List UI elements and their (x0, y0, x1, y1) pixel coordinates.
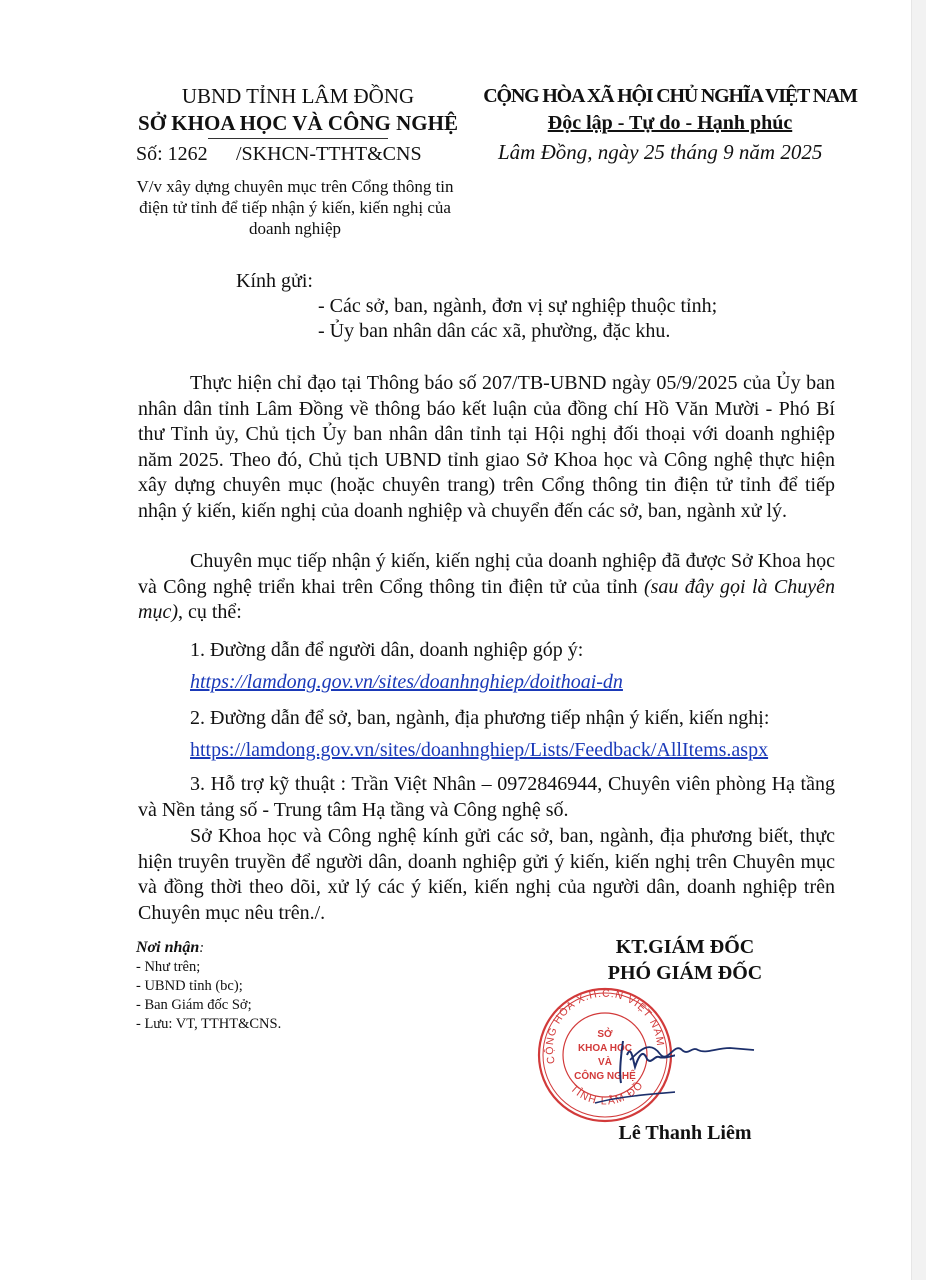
list-item-3: 3. Hỗ trợ kỹ thuật : Trần Việt Nhân – 09… (138, 772, 835, 823)
link-feedback-form[interactable]: https://lamdong.gov.vn/sites/doanhnghiep… (190, 670, 623, 696)
body-paragraph-final: Sở Khoa học và Công nghệ kính gửi các sở… (138, 824, 835, 926)
document-number-code: /SKHCN-TTHT&CNS (236, 143, 422, 165)
place-date: Lâm Đồng, ngày 25 tháng 9 năm 2025 (498, 140, 822, 165)
issuer-authority: UBND TỈNH LÂM ĐỒNG (118, 82, 478, 110)
issuer-block: UBND TỈNH LÂM ĐỒNG SỞ KHOA HỌC VÀ CÔNG N… (118, 82, 478, 139)
recipients-list: Nơi nhận: - Như trên; - UBND tỉnh (bc); … (136, 938, 281, 1034)
signature-block: KT.GIÁM ĐỐC PHÓ GIÁM ĐỐC (570, 934, 800, 986)
body-paragraph-1: Thực hiện chỉ đạo tại Thông báo số 207/T… (138, 371, 835, 524)
recipient-item: - Ủy ban nhân dân các xã, phường, đặc kh… (318, 320, 670, 343)
national-header: CỘNG HÒA XÃ HỘI CHỦ NGHĨA VIỆT NAM Độc l… (480, 82, 860, 136)
national-motto: Độc lập - Tự do - Hạnh phúc (480, 110, 860, 136)
document-number: Số: 1262/SKHCN-TTHT&CNS (136, 143, 422, 166)
recipients-list-item: - Ban Giám đốc Sở; (136, 996, 281, 1015)
signer-title-2: PHÓ GIÁM ĐỐC (570, 960, 800, 986)
recipients-list-item: - Lưu: VT, TTHT&CNS. (136, 1015, 281, 1034)
signature-scribble-icon (620, 1020, 760, 1080)
recipients-list-item: - Như trên; (136, 958, 281, 977)
recipient-item: - Các sở, ban, ngành, đơn vị sự nghiệp t… (318, 295, 717, 318)
recipients-list-title: Nơi nhận (136, 939, 199, 956)
issuer-department: SỞ KHOA HỌC VÀ CÔNG NGHỆ (118, 110, 478, 136)
document-page: UBND TỈNH LÂM ĐỒNG SỞ KHOA HỌC VÀ CÔNG N… (0, 0, 926, 1280)
recipients-list-item: - UBND tỉnh (bc); (136, 977, 281, 996)
header-underline (208, 138, 388, 139)
document-number-label: Số: 1262 (136, 143, 236, 166)
list-item-2: 2. Đường dẫn để sở, ban, ngành, địa phươ… (190, 706, 769, 732)
viewer-scrollbar[interactable] (911, 0, 926, 1280)
document-subject: V/v xây dựng chuyên mục trên Cổng thông … (125, 176, 465, 239)
recipients-label: Kính gửi: (236, 270, 313, 293)
signer-name: Lê Thanh Liêm (570, 1122, 800, 1145)
link-feedback-list[interactable]: https://lamdong.gov.vn/sites/doanhnghiep… (190, 738, 768, 764)
signer-title-1: KT.GIÁM ĐỐC (570, 934, 800, 960)
national-title: CỘNG HÒA XÃ HỘI CHỦ NGHĨA VIỆT NAM (480, 82, 860, 110)
body-paragraph-2: Chuyên mục tiếp nhận ý kiến, kiến nghị c… (138, 549, 835, 626)
svg-text:SỞ: SỞ (597, 1027, 613, 1040)
svg-text:VÀ: VÀ (598, 1055, 612, 1068)
list-item-1: 1. Đường dẫn để người dân, doanh nghiệp … (190, 638, 583, 664)
paragraph-2-end: , cụ thể: (178, 601, 242, 623)
